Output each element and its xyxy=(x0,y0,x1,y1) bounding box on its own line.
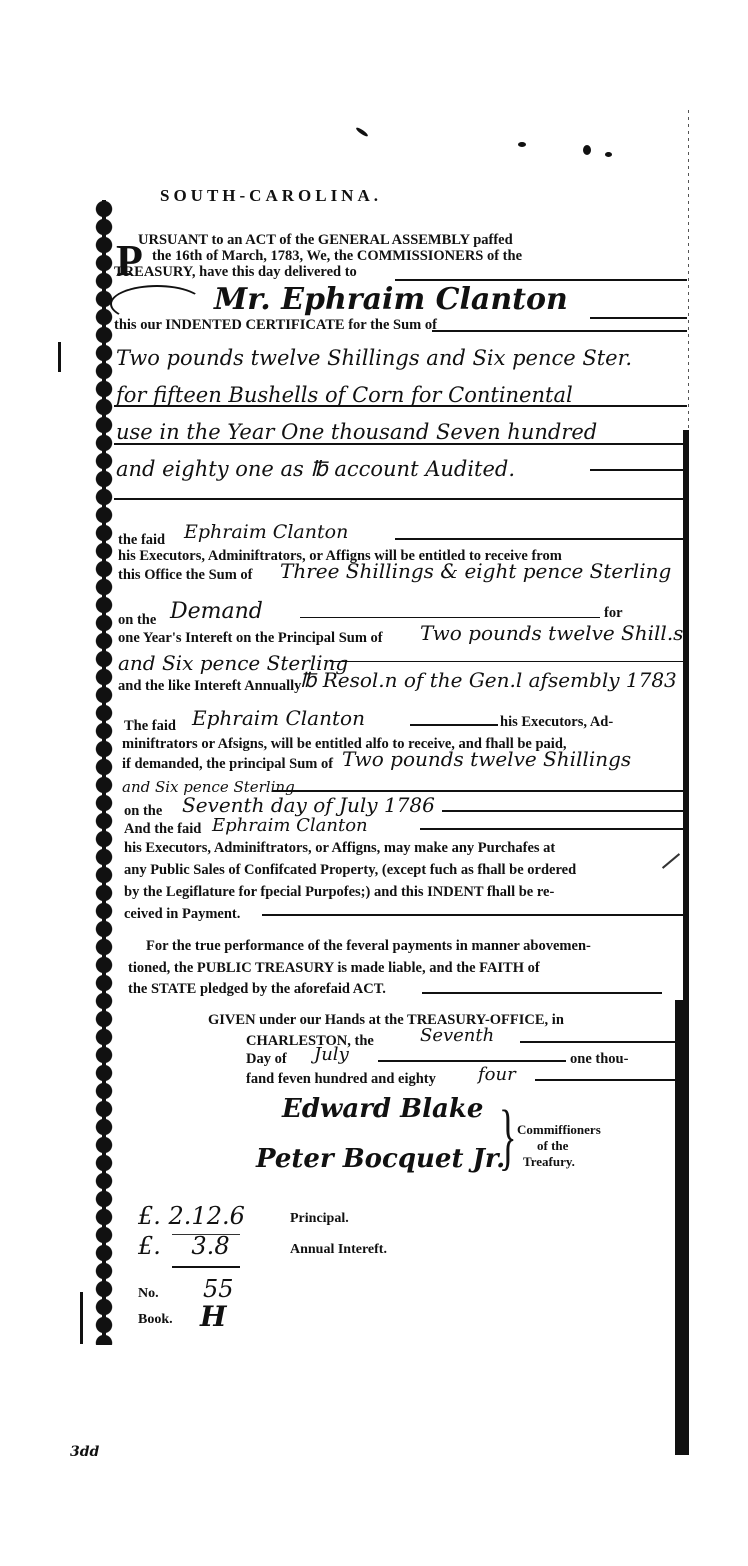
given-month: July xyxy=(314,1044,349,1065)
given-line-1: GIVEN under our Hands at the TREASURY-OF… xyxy=(208,1012,564,1029)
fill-rule xyxy=(395,538,687,540)
fill-rule xyxy=(410,724,498,726)
fill-rule xyxy=(378,1060,566,1062)
number-value: 55 xyxy=(203,1275,234,1303)
commissioners-title-2: of the xyxy=(537,1138,568,1154)
fill-rule xyxy=(114,443,687,445)
ink-speck xyxy=(583,145,591,155)
left-margin-tick xyxy=(80,1292,83,1344)
fill-rule xyxy=(272,790,687,792)
principal-clause-label: The faid xyxy=(124,718,176,735)
principal-clause-name: Ephraim Clanton xyxy=(192,706,365,730)
the-said-label: the faid xyxy=(118,532,165,549)
principal-sum-label: one Year's Intereft on the Principal Sum… xyxy=(118,630,383,647)
given-day: Seventh xyxy=(420,1025,494,1046)
certificate-line: this our INDENTED CERTIFICATE for the Su… xyxy=(114,317,437,334)
commissioners-title-1: Commiffioners xyxy=(517,1122,601,1138)
right-page-edge xyxy=(688,110,689,440)
fill-rule xyxy=(422,992,662,994)
fill-rule xyxy=(535,1079,680,1081)
faith-clause-line-2: tioned, the PUBLIC TREASURY is made liab… xyxy=(128,960,540,977)
fill-rule xyxy=(590,317,687,319)
interest-holder-name: Ephraim Clanton xyxy=(184,521,348,543)
preamble-line-1: URSUANT to an ACT of the GENERAL ASSEMBL… xyxy=(138,232,513,249)
check-mark xyxy=(662,853,680,869)
principal-due-label: on the xyxy=(124,803,162,820)
margin-note: 3dd xyxy=(70,1444,99,1460)
right-page-edge-shadow-lower xyxy=(675,1000,689,1455)
fill-rule xyxy=(520,1041,680,1043)
given-line-4-label: fand feven hundred and eighty xyxy=(246,1071,436,1088)
interest-amount-summary: £. 3.8 xyxy=(138,1232,230,1260)
sum-line-3: use in the Year One thousand Seven hundr… xyxy=(116,420,597,444)
purchase-clause-line-3: any Public Sales of Confifcated Property… xyxy=(124,862,576,879)
fill-rule xyxy=(262,914,687,916)
faith-clause-line-1: For the true performance of the feveral … xyxy=(146,938,591,955)
given-line-3-end: one thou- xyxy=(570,1051,628,1068)
principal-due-date: Seventh day of July 1786 xyxy=(182,793,435,817)
faith-clause-line-3: the STATE pledged by the aforefaid ACT. xyxy=(128,981,386,998)
annual-interest-label: and the like Intereft Annually xyxy=(118,678,301,695)
fill-rule xyxy=(330,661,687,662)
signature-edward-blake: Edward Blake xyxy=(282,1094,483,1124)
fill-rule xyxy=(300,617,600,618)
interest-amount: Three Shillings & eight pence Sterling xyxy=(280,559,671,583)
given-line-3-label: Day of xyxy=(246,1051,287,1068)
purchase-clause-line-2: his Executors, Adminiftrators, or Affign… xyxy=(124,840,555,857)
principal-clause-label-end: his Executors, Ad- xyxy=(500,714,613,731)
fill-rule xyxy=(114,498,687,500)
recipient-name: Mr. Ephraim Clanton xyxy=(214,282,568,317)
principal-label: Principal. xyxy=(290,1211,349,1227)
book-value: H xyxy=(200,1300,226,1333)
principal-clause-line-3-label: if demanded, the principal Sum of xyxy=(122,756,333,773)
left-ornamental-beads xyxy=(93,200,115,1345)
sum-line-4: and eighty one as ℔ account Audited. xyxy=(116,457,515,481)
purchase-clause-line-5: ceived in Payment. xyxy=(124,906,240,923)
purchase-clause-line-4: by the Legiflature for fpecial Purpofes;… xyxy=(124,884,554,901)
preamble-line-2: the 16th of March, 1783, We, the COMMISS… xyxy=(152,248,522,265)
purchase-clause-name: Ephraim Clanton xyxy=(212,815,368,836)
document-heading: SOUTH-CAROLINA. xyxy=(160,186,382,206)
ink-speck xyxy=(355,126,369,137)
fill-rule xyxy=(442,810,687,812)
underline xyxy=(172,1266,240,1268)
ink-speck xyxy=(518,142,526,147)
fill-rule xyxy=(395,279,687,281)
principal-amount: £. 2.12.6 xyxy=(138,1202,245,1230)
on-demand: Demand xyxy=(170,599,263,624)
fill-rule xyxy=(420,828,687,830)
book-label: Book. xyxy=(138,1312,173,1328)
for-label: for xyxy=(604,605,623,622)
sum-line-2: for fifteen Bushells of Corn for Contine… xyxy=(116,383,573,407)
given-year: four xyxy=(478,1064,516,1085)
left-margin-tick xyxy=(58,342,61,372)
interest-line-3-label: this Office the Sum of xyxy=(118,567,253,584)
purchase-clause-label: And the faid xyxy=(124,821,201,838)
fill-rule xyxy=(590,469,687,471)
annual-interest-authority: ℔ Resol.n of the Gen.l afsembly 1783 xyxy=(300,668,677,692)
preamble-line-3: TREASURY, have this day delivered to xyxy=(114,264,357,281)
annual-interest-label-summary: Annual Intereft. xyxy=(290,1242,387,1258)
principal-sum-value: Two pounds twelve Shill.s xyxy=(420,621,683,645)
given-line-2-label: CHARLESTON, the xyxy=(246,1033,374,1050)
on-label: on the xyxy=(118,612,156,629)
fill-rule xyxy=(114,405,687,407)
signature-peter-bocquet: Peter Bocquet Jr. xyxy=(256,1144,505,1174)
principal-clause-amount: Two pounds twelve Shillings xyxy=(342,747,631,771)
number-label: No. xyxy=(138,1286,159,1302)
sum-line-1: Two pounds twelve Shillings and Six penc… xyxy=(116,346,632,370)
fill-rule xyxy=(432,330,687,332)
signature-brace: } xyxy=(499,1100,517,1174)
ink-speck xyxy=(605,152,612,157)
commissioners-title-3: Treafury. xyxy=(523,1154,575,1170)
